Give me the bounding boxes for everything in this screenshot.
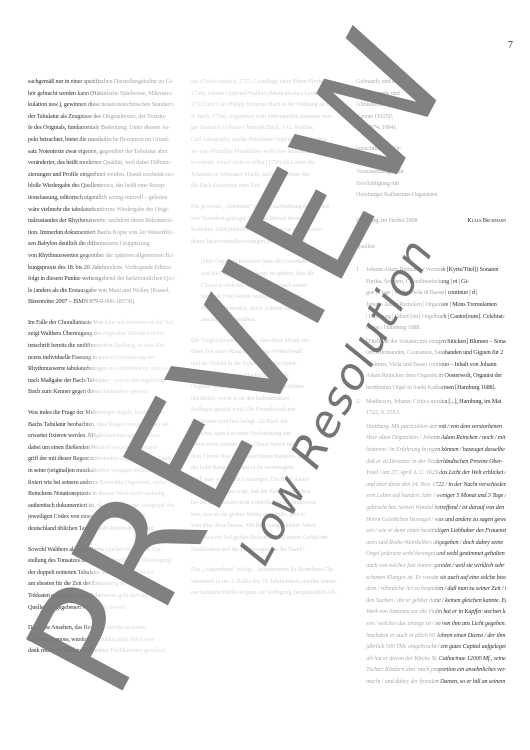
block-quote: [Herr Organist] Reincken hatte die Gewoh… xyxy=(191,256,339,326)
text-line: Bachs Tabulatur beobachten, dass Reigen … xyxy=(28,419,178,431)
text-line: anschaulich auszuüben. xyxy=(201,314,339,326)
text-line: es scheint, zumal nicht er selbst (1750)… xyxy=(191,157,339,169)
text-line: der doppelt notierten Tabulatur hinausge… xyxy=(28,567,178,579)
text-line: griff der mit dieser Regest notierenden … xyxy=(28,453,178,465)
text-line: dank mehrerer weithin verbreiteter Publi… xyxy=(28,645,178,657)
text-line: sein Leben auf hundert Jahr / weniger 5 … xyxy=(366,490,506,502)
text-line: der hohe Rang der Kunst nicht verlorenge… xyxy=(191,462,339,474)
text-line: zeigt sich ein Teil großer Bedeutung, au… xyxy=(191,532,339,544)
text-line: Bach zum Kenner gegen dieses Maßstabes o… xyxy=(28,386,178,398)
text-line: sen / wie er denn einen beständigen Lieb… xyxy=(366,525,506,537)
text-line: in seine (original)en musikalischen Vorl… xyxy=(28,465,178,477)
text-line: 1732) und Carl Philipp Emanuel Bach in d… xyxy=(191,99,339,111)
text-line: torum | Hamburg 1688. xyxy=(366,322,506,334)
text-line: schönen Klanges ist. Er wusste sie auch … xyxy=(366,572,506,584)
paragraph: sen (Critica musica, 1722; Grundlage ein… xyxy=(191,76,339,192)
text-line: sachgemäß nur in einer spezifischen Dars… xyxy=(28,76,178,88)
text-line: hör gebracht werden kann (Historische Sp… xyxy=(28,88,178,100)
text-line: wäre vielmehr die tabulaturkonforme Wied… xyxy=(28,204,178,216)
signature-row: Hamburg, im Herbst 2008 Klaus Beckmann xyxy=(356,215,506,227)
text-line: Carl Autograph), spielte Reinckens Orgel… xyxy=(191,134,339,146)
source-marker: 2. xyxy=(356,396,360,408)
text-line: Sowohl Walthers als auch Bachs Quellen b… xyxy=(28,544,178,556)
text-line: dabei um einen fließenden Wechsel zwisch… xyxy=(28,442,178,454)
right-column: Gebrauch, und da-Orgelkonzerte undAltbis… xyxy=(356,76,506,688)
text-line: weiß man von diesen Leistungen. Ein Blic… xyxy=(191,474,339,486)
text-line: besuchte, sprach er seine Hochachtung au… xyxy=(191,428,339,440)
text-line: [Titelblatt der Sonaten mit einigen Stüc… xyxy=(366,336,506,348)
middle-column: sen (Critica musica, 1722; Grundlage ein… xyxy=(191,76,339,608)
text-line: aus (1974, 1994). xyxy=(356,122,506,134)
text-line: Herr alten Organisten / Johann Adam Rein… xyxy=(366,432,506,444)
text-line: Preis zu übertreffen, durch Zuhörer die … xyxy=(201,303,339,315)
text-line: Sie Lust, [mit] seinen Schülern noch ein… xyxy=(201,291,339,303)
text-line: Orgelkonzerte und xyxy=(356,88,506,100)
text-line: tenschrift bereits die undifferenzierte … xyxy=(28,340,178,352)
text-line: Kollegen gezählt wird. Die Freundschaft … xyxy=(191,404,339,416)
text-line: Buxtehude wird hier belegt. Als Bach ihn xyxy=(191,416,339,428)
text-line: Gebrauch, und da- xyxy=(356,76,506,88)
text-line: kungspraxis des 18. bis 20. Jahrhunderts… xyxy=(28,262,178,274)
text-line: lieferung und Edi- xyxy=(356,155,506,167)
text-line: tion, was an die großen Werke anknüpfte,… xyxy=(191,509,339,521)
text-line: dere / rühmliche Art zu bespielen / daß … xyxy=(366,583,506,595)
text-line: Die Vergleichsstücke zeigen, dass diese … xyxy=(191,335,339,347)
text-line: zeigt Walthers Übertragung der originale… xyxy=(28,328,178,340)
signature-location: Hamburg, im Herbst 2008 xyxy=(356,215,417,227)
page-number: 7 xyxy=(508,40,513,51)
text-line: Nachdem er auch in etlich 60 Jahren eine… xyxy=(366,630,506,642)
text-line: veränderter, das heißt moderner Qualität… xyxy=(28,157,178,169)
text-line: letzteren / in Erfahrung bringen können … xyxy=(366,444,506,456)
text-line: von Rhythmuswerten gegenüber der spätere… xyxy=(28,250,178,262)
text-line: Hamburg. Mit particuliere der mit / von … xyxy=(366,421,506,433)
text-line: gebracht hat. Seinen Wandel betreffend /… xyxy=(366,502,506,514)
text-line: ncens individuelle Fassung in puncto Gru… xyxy=(28,352,178,364)
text-line: als hat er davon der Kirche St. Catharin… xyxy=(366,653,506,665)
text-line: sen Babylon deutlich die differenzierte … xyxy=(28,238,178,250)
text-line: jährlich 500 Thlr. eingebracht / ein gut… xyxy=(366,641,506,653)
text-line: stellung des Tonsatzes die über die gewö… xyxy=(28,555,178,567)
source-entry: 2.Mattheson, Johann: Critica musica [...… xyxy=(356,396,506,419)
obituary-quote: Hamburg. Mit particuliere der mit / von … xyxy=(356,421,506,688)
text-line: gue | Fuge | Violin Viola di Basso | con… xyxy=(366,287,506,299)
text-line: nalzustandes der Rhythmuswerte, nachdem … xyxy=(28,215,178,227)
text-line: fe des Originals, fundamentale Bedeutung… xyxy=(28,122,178,134)
text-line: am ehesten für die Zeit der Entstehung d… xyxy=(28,578,178,590)
text-line: und aber diese den 24. Nov. 1722 / in de… xyxy=(366,479,506,491)
text-line: Reincken 1684 publizierte Hortus Musicus… xyxy=(191,224,339,236)
text-line: Mattheson, Johann: Critica musica [...],… xyxy=(366,396,506,408)
text-line: Voraussetzungen für xyxy=(356,166,506,178)
text-line: nach Maßgabe der Bach-Tabulatur – soweit… xyxy=(28,375,178,387)
text-line: tion. Immerhin dokumentiert Bachs Kopie … xyxy=(28,227,178,239)
text-line: Bärenreiter 2007 – ISMN 979-0-006-18574]… xyxy=(28,296,178,308)
text-line: erwartet fixieren werden. Möglicherweise… xyxy=(28,430,178,442)
paragraph: hinsichtlich des Or-lieferung und Edi-Vo… xyxy=(356,143,506,201)
text-line: die Bach-Rezeption zum Zeit. xyxy=(191,180,339,192)
source-marker: 1. xyxy=(356,264,360,276)
text-line: gelten darf. Reinckens Hochschätzung als xyxy=(191,370,339,382)
text-line: macht / und dabey der fremden Damen, so … xyxy=(366,676,506,688)
text-line: Johann Adam Reincken (Vermerk [Kyrie/Tit… xyxy=(366,264,506,276)
paragraph: Das hohe Ansehen, das Reincken bereits z… xyxy=(28,622,178,657)
text-line: ten, Allemanden, Couranten, Sarabanden u… xyxy=(366,347,506,359)
text-line: Tokkaten erschienen. Möglicherweise geht… xyxy=(28,590,178,602)
paragraph: Die Vergleichsstücke zeigen, dass diese … xyxy=(191,335,339,555)
text-line: tionsfassung, editorisch eigentlich weni… xyxy=(28,192,178,204)
source-entry: 1.Johann Adam Reincken (Vermerk [Kyrie/T… xyxy=(356,264,506,334)
text-line: zierungen und Profile eingeebnet werden.… xyxy=(28,169,178,181)
text-line: Violinen, Viola und Basso continuo – Inh… xyxy=(366,359,506,371)
left-column: sachgemäß nur in einer spezifischen Dars… xyxy=(28,76,178,666)
text-line: jeweiligen Codex von einer Vorlage aus d… xyxy=(28,511,178,523)
text-line: Im Falle der Choralfantasie Was kann uns… xyxy=(28,317,178,329)
text-line: dem Choral über An Wasserflüssen Babylon… xyxy=(191,451,339,463)
text-line: diese Zeit einen Rang als wichtige Werke… xyxy=(191,346,339,358)
text-line: Wenn etwas hierbei ist im Choral-Spiele … xyxy=(191,439,339,451)
text-line: folgt in diesem Punkte weitestgehend der… xyxy=(28,273,178,285)
text-line: Yssel / am 27. April A. C. 1623 das Lich… xyxy=(366,467,506,479)
text-line: Rhythmuswerte tabulaturbezogen zu restit… xyxy=(28,363,178,375)
paragraph: Ein gewisses „Abenteuer“ ist die Zuschre… xyxy=(191,201,339,247)
paragraph: sachgemäß nur in einer spezifischen Dars… xyxy=(28,76,178,308)
source-entry: [Titelblatt der Sonaten mit einigen Stüc… xyxy=(356,336,506,394)
text-line: 1740), Johann Gottfried Walther (Musical… xyxy=(191,88,339,100)
paragraph: Was indes die Frage der Mehrhöriger ange… xyxy=(28,407,178,535)
text-line: | Hamburg | Ediert [im] Orgelbuch | Cant… xyxy=(366,311,506,323)
text-line: Beschäftigung mit xyxy=(356,178,506,190)
text-line: pekt betrachtet, bietet die musikalische… xyxy=(28,134,178,146)
text-line: Das hohe Ansehen, das Reincken bereits z… xyxy=(28,622,178,634)
text-line: von Vorstehen geistiger Sicht das Betref… xyxy=(191,213,339,225)
paragraph: Das „Angenehme“ erfolgt – Instrumenten f… xyxy=(191,564,339,599)
text-line: Quellen vorgegebenen Notationen hervor. xyxy=(28,602,178,614)
text-line: daß er zu Deventer in der Niederländisch… xyxy=(366,456,506,468)
text-line: Hamburger Katharinen-Organisten xyxy=(356,189,506,201)
text-line: viermusik in der 2. Hälfte des 19. Jahrh… xyxy=(191,576,339,588)
text-line: ger Sammler (Johann Christoph Bach, J. G… xyxy=(191,122,339,134)
text-line: Altbisdorfmäßig spät xyxy=(356,99,506,111)
paragraph: Im Falle der Choralfantasie Was kann uns… xyxy=(28,317,178,398)
text-line: Das „Angenehme“ erfolgt – Instrumenten f… xyxy=(191,564,339,576)
sources-heading: Quellen xyxy=(356,241,506,253)
text-line: xis wie offiziellen Musikleben wohl eine… xyxy=(191,146,339,158)
text-line: und die Orgelwerke so lange zu spielen, … xyxy=(201,268,339,280)
text-line: den Sachen / die er gelibet hatte / kein… xyxy=(366,595,506,607)
text-line: auch von solcher fast immer geredet / we… xyxy=(366,560,506,572)
text-line: [Herr Organist] Reincken hatte die Gewoh… xyxy=(201,256,339,268)
paragraph: Sowohl Walthers als auch Bachs Quellen b… xyxy=(28,544,178,614)
text-line: sen / welches das einzige ist / so von i… xyxy=(366,618,506,630)
text-line: Dankbarkeit und der Hoffnungen aus der H… xyxy=(191,544,339,556)
text-line: Partita, Sonaten, Choralbearbeitung | et… xyxy=(366,276,506,288)
text-line: als Kompositionen zeigt, daß der Komponi… xyxy=(191,486,339,498)
text-line: Tochter Kindern aber nach proportion ein… xyxy=(366,664,506,676)
text-line: le (anders als die Erstausgabe von Maul … xyxy=(28,285,178,297)
text-line: überliefert, worin er zu den bedeutendst… xyxy=(191,393,339,405)
text-line: Herrn Geistlichen bezeuget / was und and… xyxy=(366,514,506,526)
text-line: Choral in vielerlei Arten, wo man nach s… xyxy=(201,280,339,292)
paragraph: Gebrauch, und da-Orgelkonzerte undAltbis… xyxy=(356,76,506,134)
text-line: weit über diese hinaus. Mit Bach ausgebi… xyxy=(191,520,339,532)
text-line: Kenner (1925)², xyxy=(356,111,506,123)
text-line: 1722, S. 255 f. xyxy=(366,407,506,419)
text-line: deutschland üblichen Tastenmusik-Reperto… xyxy=(28,523,178,535)
text-line: berühmten Orgel in Sankt Katharinen [Ham… xyxy=(366,382,506,394)
text-line: satz Notentexte zwar eigenen, gegenüber … xyxy=(28,146,178,158)
text-line: mers und Rothe-Weinkellers abgegeben / d… xyxy=(366,537,506,549)
text-line: bei der Lehrmeister nicht sonderlich in … xyxy=(191,497,339,509)
text-line: Johann Adam Reincken | Organiste | Mons … xyxy=(366,299,506,311)
text-line: nur handschriftliche Kopien zur Verfügun… xyxy=(191,587,339,599)
text-line: Orgel jederzeit wohl besorget und wohl g… xyxy=(366,548,506,560)
text-line: Johannes in Weimarer Musik, auch ein Ken… xyxy=(191,169,339,181)
text-line: hinsichtlich des Or- xyxy=(356,143,506,155)
text-line: fixiert wie bei seinem anderen Ensemble-… xyxy=(28,477,178,489)
text-line: Reinckens Notationspraxis in diesem Werk… xyxy=(28,488,178,500)
text-line: Werk von Simonen zur die Violin hat er i… xyxy=(366,606,506,618)
text-line: sen (Critica musica, 1722; Grundlage ein… xyxy=(191,76,339,88)
text-line: Lebzeiten genoss, wurde nicht zuletzt au… xyxy=(28,634,178,646)
text-line: bloße Wiedergabe des Quellentextes, das … xyxy=(28,180,178,192)
text-line: Organist ist in vielen zeitgenössischen … xyxy=(191,381,339,393)
text-line: authentisch dokumentiert ist, da das zug… xyxy=(28,500,178,512)
text-line: S. Bach, 1754). Abgesehen vom individuel… xyxy=(191,111,339,123)
text-line: Adam Reincken dem Organist in Oosterwolt… xyxy=(366,370,506,382)
text-line: Ein gewisses „Abenteuer“ ist die Zuschre… xyxy=(191,201,339,213)
text-line: und als Vorbild in der Kunst des freien … xyxy=(191,358,339,370)
text-line: der Tabulatur als Zeugnisse des Original… xyxy=(28,111,178,123)
text-line: denen Instrumentalbesetzungen im Druck (… xyxy=(191,236,339,248)
signature-author: Klaus Beckmann xyxy=(467,215,506,227)
text-line: Was indes die Frage der Mehrhöriger ange… xyxy=(28,407,178,419)
text-line: kulation usw.), gewinnen diese notations… xyxy=(28,99,178,111)
